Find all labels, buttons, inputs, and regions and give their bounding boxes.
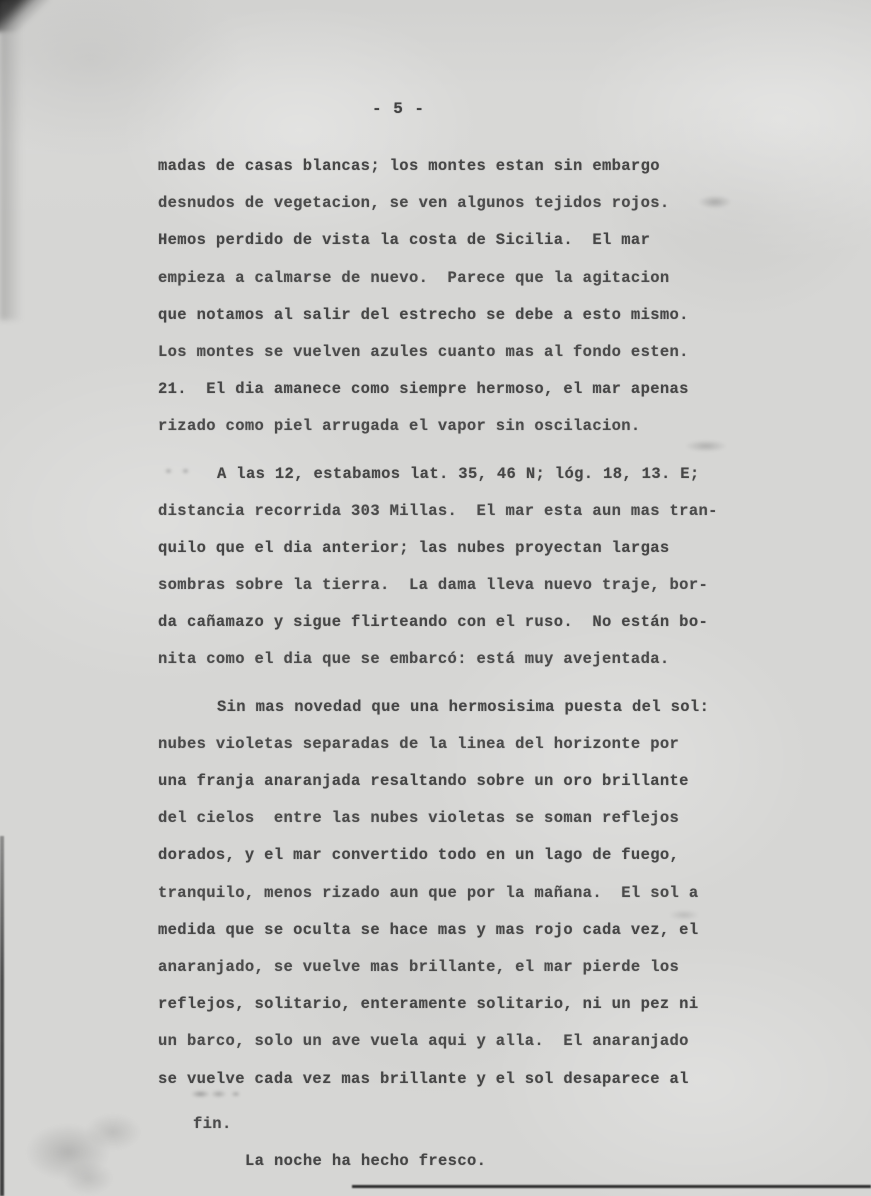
page-number: - 5 - — [372, 99, 425, 119]
text-line: quilo que el dia anterior; las nubes pro… — [158, 538, 778, 575]
text-line: nubes violetas separadas de la linea del… — [158, 734, 778, 771]
scan-artifact-left-edge — [0, 836, 4, 1196]
text-line: distancia recorrida 303 Millas. El mar e… — [158, 501, 778, 538]
text-line-closing: La noche ha hecho fresco. — [158, 1151, 778, 1188]
text-line: nita como el dia que se embarcó: está mu… — [158, 649, 778, 686]
text-line: del cielos entre las nubes violetas se s… — [158, 808, 778, 845]
text-line: madas de casas blancas; los montes estan… — [158, 156, 778, 193]
scanned-page-text: madas de casas blancas; los montes estan… — [158, 156, 778, 1188]
text-line: Los montes se vuelven azules cuanto mas … — [158, 342, 778, 379]
text-line: sombras sobre la tierra. La dama lleva n… — [158, 575, 778, 612]
text-line-fin: fin. — [158, 1114, 778, 1151]
text-line: se vuelve cada vez mas brillante y el so… — [158, 1069, 778, 1106]
scan-artifact-left-shade — [0, 0, 26, 320]
text-line: anaranjado, se vuelve mas brillante, el … — [158, 957, 778, 994]
text-line: da cañamazo y sigue flirteando con el ru… — [158, 612, 778, 649]
text-line: un barco, solo un ave vuela aqui y alla.… — [158, 1031, 778, 1068]
text-line-paragraph-start: A las 12, estabamos lat. 35, 46 N; lóg. … — [158, 464, 778, 501]
text-line: desnudos de vegetacion, se ven algunos t… — [158, 193, 778, 230]
text-line: tranquilo, menos rizado aun que por la m… — [158, 883, 778, 920]
text-line: que notamos al salir del estrecho se deb… — [158, 305, 778, 342]
text-line: una franja anaranjada resaltando sobre u… — [158, 771, 778, 808]
scan-artifact-bottom-left-smudge — [18, 1112, 168, 1196]
text-line: Hemos perdido de vista la costa de Sicil… — [158, 230, 778, 267]
text-line: rizado como piel arrugada el vapor sin o… — [158, 416, 778, 453]
text-line: medida que se oculta se hace mas y mas r… — [158, 920, 778, 957]
text-line: empieza a calmarse de nuevo. Parece que … — [158, 268, 778, 305]
text-line: dorados, y el mar convertido todo en un … — [158, 845, 778, 882]
text-line: reflejos, solitario, enteramente solitar… — [158, 994, 778, 1031]
text-line-paragraph-start: Sin mas novedad que una hermosisima pues… — [158, 697, 778, 734]
text-line: 21. El dia amanece como siempre hermoso,… — [158, 379, 778, 416]
